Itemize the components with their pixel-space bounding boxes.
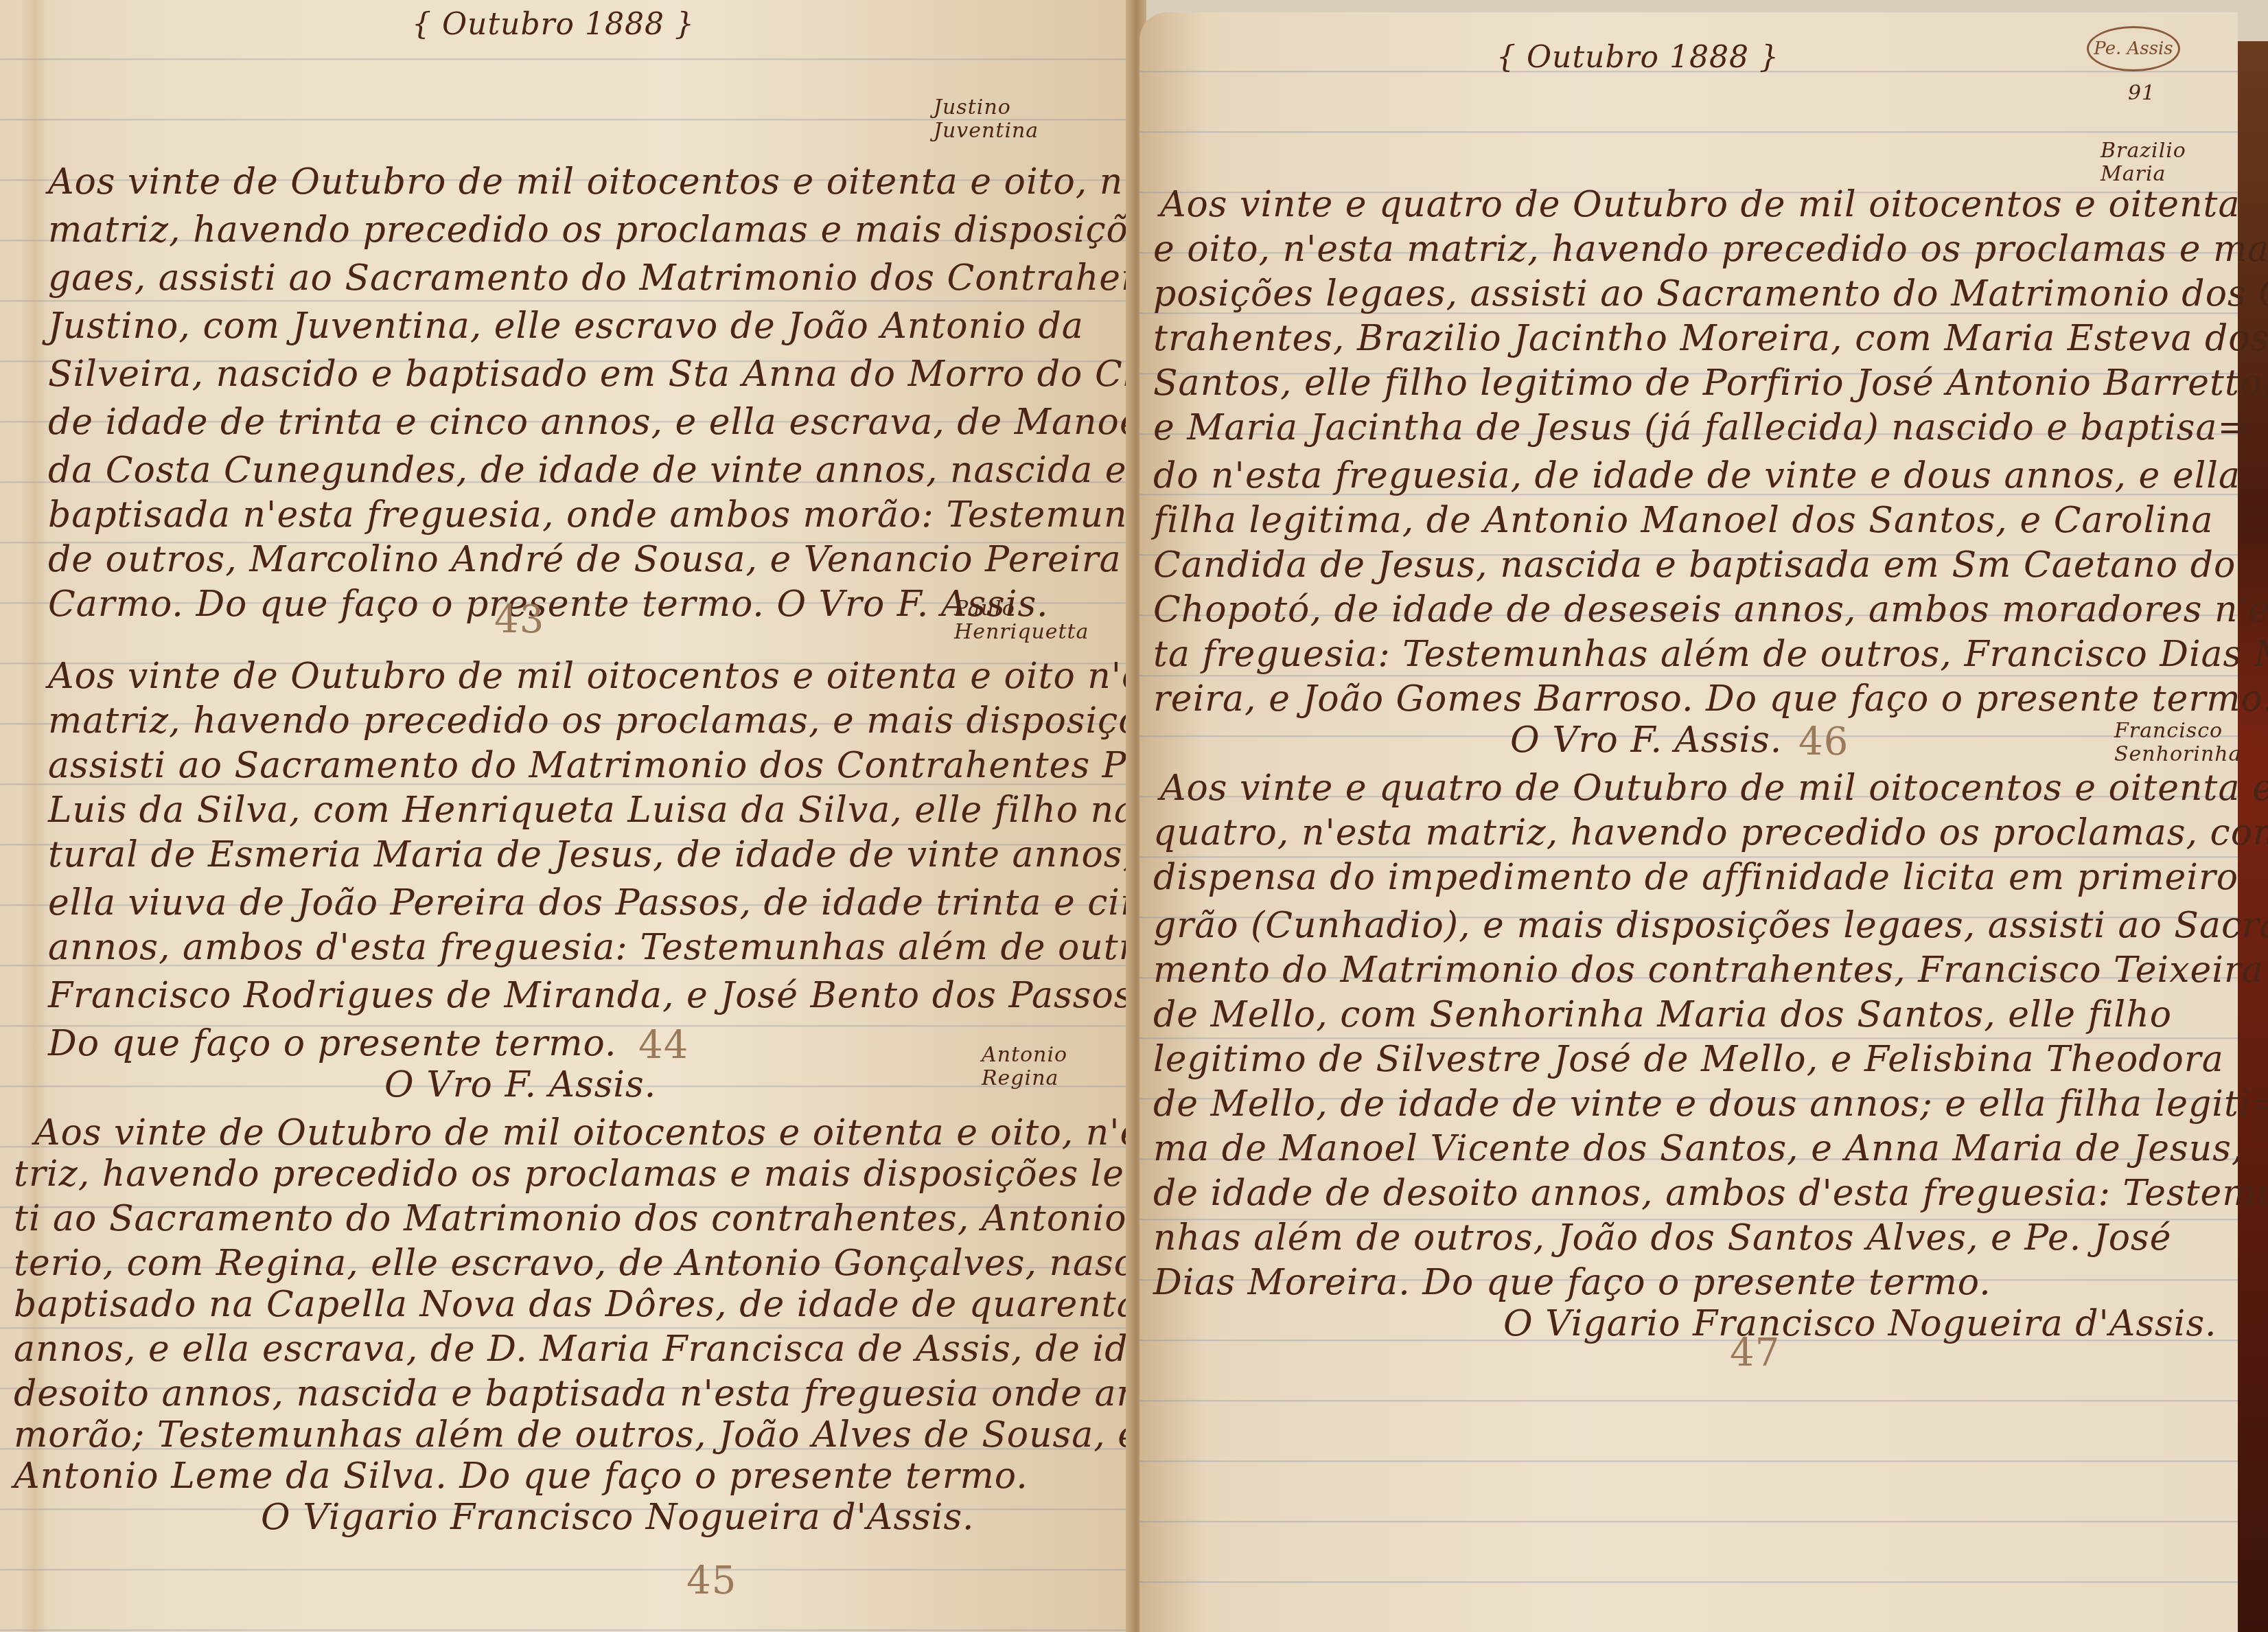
entry-line: posições legaes, assisti ao Sacramento d… [1153,273,2268,314]
entry-line: ta freguesia: Testemunhas além de outros… [1153,634,2268,675]
page-header: { Outubro 1888 } [1496,40,1779,75]
entry-line: Francisco Rodrigues de Miranda, e José B… [48,975,1145,1016]
entry-line: Aos vinte e quatro de Outubro de mil oit… [1160,184,2240,225]
entry-line: e Maria Jacintha de Jesus (já fallecida)… [1153,407,2248,448]
entry-line: ma de Manoel Vicente dos Santos, e Anna … [1153,1128,2243,1169]
entry-line: matriz, havendo precedido os proclamas e… [48,209,1246,251]
entry-line: gaes, assisti ao Sacramento do Matrimoni… [48,257,1212,299]
left-page: { Outubro 1888 } Justino Juventina Aos v… [0,0,1131,1632]
entry-number: 47 [1730,1331,1780,1375]
priest-signature: O Vro F. Assis. [384,1064,656,1105]
entry-number: 45 [686,1559,737,1603]
entry-line: de outros, Marcolino André de Sousa, e V… [48,539,1179,580]
entry-line: terio, com Regina, elle escravo, de Anto… [14,1243,1238,1284]
priest-signature: O Vigario Francisco Nogueira d'Assis. [1503,1303,2217,1344]
entry-line: dispensa do impedimento de affinidade li… [1153,857,2238,898]
entry-line: mento do Matrimonio dos contrahentes, Fr… [1153,950,2264,991]
entry-line: Aos vinte de Outubro de mil oitocentos e… [48,656,1199,697]
entry-line: Antonio Leme da Silva. Do que faço o pre… [14,1456,1028,1497]
margin-name-groom: Antonio [982,1044,1067,1067]
margin-names: Paulo Henriquetta [954,597,1089,644]
margin-name-bride: Maria [2101,163,2186,186]
entry-line: de Mello, de idade de vinte e dous annos… [1153,1083,2268,1125]
entry-line: ella viuva de João Pereira dos Passos, d… [48,882,1187,923]
entry-line: assisti ao Sacramento do Matrimonio dos … [48,745,1205,786]
margin-name-bride: Senhorinha [2114,743,2241,766]
entry-line: annos, ambos d'esta freguesia: Testemunh… [48,927,1190,968]
entry-line: Silveira, nascido e baptisado em Sta Ann… [48,354,1248,395]
margin-name-bride: Juventina [934,119,1039,143]
entry-line: reira, e João Gomes Barroso. Do que faço… [1153,678,2268,720]
right-page: { Outubro 1888 } Pe. Assis 91 Brazilio M… [1139,12,2238,1632]
entry-line: Aos vinte de Outubro de mil oitocentos e… [48,161,1212,203]
page-header: { Outubro 1888 } [412,7,695,42]
entry-line: ti ao Sacramento do Matrimonio dos contr… [14,1198,1253,1239]
entry-line: Santos, elle filho legitimo de Porfirio … [1153,363,2268,404]
corner-stamp: Pe. Assis [2087,26,2180,71]
entry-line: Aos vinte de Outubro de mil oitocentos e… [34,1112,1297,1153]
entry-number: 44 [638,1023,688,1068]
entry-number: 46 [1798,720,1849,764]
entry-line: annos, e ella escrava, de D. Maria Franc… [14,1329,1253,1370]
margin-name-groom: Brazilio [2101,139,2186,163]
entry-line: Candida de Jesus, nascida e baptisada em… [1153,544,2236,586]
entry-number: 43 [494,597,544,642]
entry-line: do n'esta freguesia, de idade de vinte e… [1153,455,2241,496]
entry-line: de idade de desoito annos, ambos d'esta … [1153,1173,2268,1214]
entry-line: legitimo de Silvestre José de Mello, e F… [1153,1039,2224,1080]
entry-line: morão; Testemunhas além de outros, João … [14,1414,1139,1456]
entry-line: baptisado na Capella Nova das Dôres, de … [14,1284,1262,1325]
entry-line: trahentes, Brazilio Jacintho Moreira, co… [1153,318,2268,359]
margin-name-groom: Justino [934,96,1039,119]
entry-line: baptisada n'esta freguesia, onde ambos m… [48,494,1295,536]
entry-line: desoito annos, nascida e baptisada n'est… [14,1373,1216,1414]
entry-line: Do que faço o presente termo. [48,1023,616,1064]
margin-name-bride: Regina [982,1067,1067,1090]
entry-line: Aos vinte e quatro de Outubro de mil oit… [1160,768,2268,809]
margin-names: Brazilio Maria [2101,139,2186,186]
entry-line: nhas além de outros, João dos Santos Alv… [1153,1217,2171,1259]
margin-name-groom: Francisco [2114,720,2241,743]
entry-line: e oito, n'esta matriz, havendo precedido… [1153,229,2268,270]
entry-line: Carmo. Do que faço o presente termo. O V… [48,584,1049,625]
entry-line: da Costa Cunegundes, de idade de vinte a… [48,450,1127,491]
priest-signature: O Vro F. Assis. [1510,720,1782,761]
margin-name-groom: Paulo [954,597,1089,621]
margin-names: Justino Juventina [934,96,1039,143]
entry-line: Chopotó, de idade de deseseis annos, amb… [1153,589,2268,630]
margin-names: Antonio Regina [982,1044,1067,1090]
priest-signature: O Vigario Francisco Nogueira d'Assis. [261,1497,975,1538]
entry-line: grão (Cunhadio), e mais disposições lega… [1153,905,2268,946]
folio-number: 91 [2128,81,2155,105]
entry-line: tural de Esmeria Maria de Jesus, de idad… [48,834,1168,875]
entry-line: Dias Moreira. Do que faço o presente ter… [1153,1262,1991,1303]
margin-name-bride: Henriquetta [954,621,1089,644]
entry-line: quatro, n'esta matriz, havendo precedido… [1153,812,2268,853]
entry-line: Justino, com Juventina, elle escravo de … [48,306,1084,347]
entry-line: filha legitima, de Antonio Manoel dos Sa… [1153,500,2213,541]
entry-line: de idade de trinta e cinco annos, e ella… [48,402,1153,443]
entry-line: de Mello, com Senhorinha Maria dos Santo… [1153,994,2172,1035]
margin-names: Francisco Senhorinha [2114,720,2241,766]
entry-line: Luis da Silva, com Henriqueta Luisa da S… [48,790,1167,831]
